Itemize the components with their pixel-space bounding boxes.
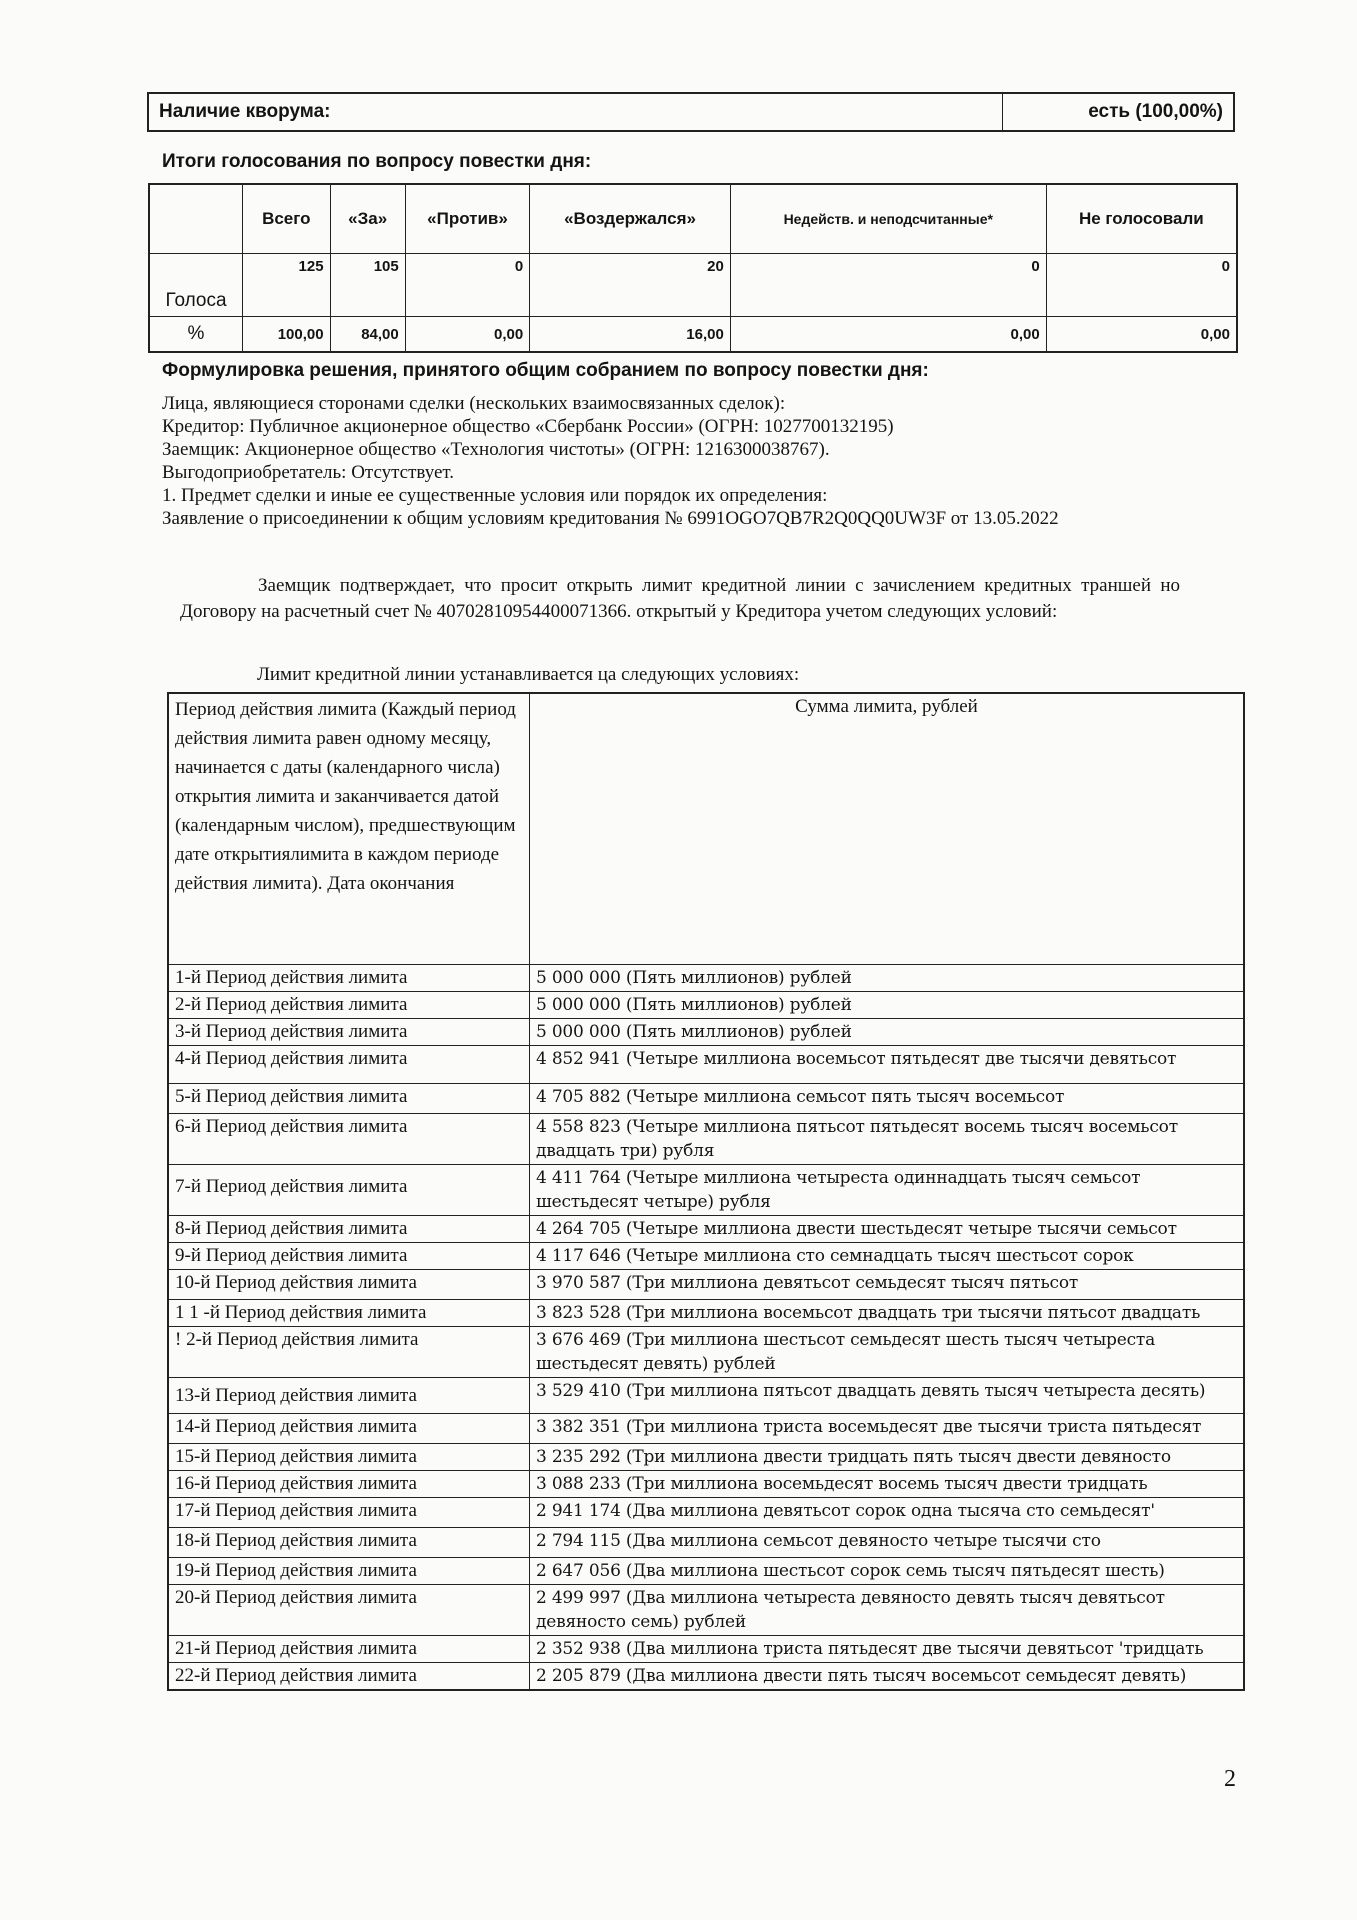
limit-row: 13-й Период действия лимита3 529 410 (Тр… xyxy=(168,1378,1244,1414)
decision-paragraph: Заемщик подтверждает, что просит открыть… xyxy=(180,573,1180,625)
voting-header-row: Всего «За» «Против» «Воздержался» Недейс… xyxy=(149,184,1237,254)
cell-abstain: 20 xyxy=(530,254,731,317)
cell-total: 100,00 xyxy=(243,317,331,353)
limit-period: 1-й Период действия лимита xyxy=(168,965,530,992)
limit-period: 18-й Период действия лимита xyxy=(168,1528,530,1558)
row-label: % xyxy=(149,317,243,353)
decision-body: Лица, являющиеся сторонами сделки (неско… xyxy=(162,392,1232,530)
decision-line-creditor: Кредитор: Публичное акционерное общество… xyxy=(162,415,1232,438)
limit-amount: 3 823 528 (Три миллиона восемьсот двадца… xyxy=(530,1300,1245,1327)
cell-invalid: 0,00 xyxy=(730,317,1046,353)
limit-amount: 4 264 705 (Четыре миллиона двести шестьд… xyxy=(530,1216,1245,1243)
limits-header-amount: Сумма лимита, рублей xyxy=(530,693,1245,965)
limit-period: ! 2-й Период действия лимита xyxy=(168,1327,530,1378)
decision-line-subject: 1. Предмет сделки и иные ее существенные… xyxy=(162,484,1232,507)
limit-row: 16-й Период действия лимита3 088 233 (Тр… xyxy=(168,1471,1244,1498)
decision-line-borrower: Заемщик: Акционерное общество «Технологи… xyxy=(162,438,1232,461)
limit-row: 4-й Период действия лимита4 852 941 (Чет… xyxy=(168,1046,1244,1084)
voting-col-for: «За» xyxy=(330,184,405,254)
limit-amount: 5 000 000 (Пять миллионов) рублей xyxy=(530,1019,1245,1046)
limit-period: 2-й Период действия лимита xyxy=(168,992,530,1019)
limit-amount: 3 676 469 (Три миллиона шестьсот семьдес… xyxy=(530,1327,1245,1378)
page-number: 2 xyxy=(1224,1766,1236,1793)
credit-limit-table: Период действия лимита (Каждый период де… xyxy=(167,692,1245,1691)
limit-row: 8-й Период действия лимита4 264 705 (Чет… xyxy=(168,1216,1244,1243)
limit-period: 5-й Период действия лимита xyxy=(168,1084,530,1114)
limit-amount: 3 529 410 (Три миллиона пятьсот двадцать… xyxy=(530,1378,1245,1414)
limit-row: 18-й Период действия лимита2 794 115 (Дв… xyxy=(168,1528,1244,1558)
decision-line-beneficiary: Выгодоприобретатель: Отсутствует. xyxy=(162,461,1232,484)
limit-row: 3-й Период действия лимита5 000 000 (Пят… xyxy=(168,1019,1244,1046)
voting-col-not-voted: Не голосовали xyxy=(1046,184,1237,254)
limit-intro: Лимит кредитной линии устанавливается ца… xyxy=(257,663,799,686)
limit-period: 1 1 -й Период действия лимита xyxy=(168,1300,530,1327)
limit-period: 9-й Период действия лимита xyxy=(168,1243,530,1270)
cell-not-voted: 0,00 xyxy=(1046,317,1237,353)
limit-period: 3-й Период действия лимита xyxy=(168,1019,530,1046)
decision-title: Формулировка решения, принятого общим со… xyxy=(162,360,929,382)
limit-period: 15-й Период действия лимита xyxy=(168,1444,530,1471)
limits-header-row: Период действия лимита (Каждый период де… xyxy=(168,693,1244,965)
voting-row-percent: % 100,00 84,00 0,00 16,00 0,00 0,00 xyxy=(149,317,1237,353)
limit-period: 10-й Период действия лимита xyxy=(168,1270,530,1300)
cell-for: 105 xyxy=(330,254,405,317)
limit-row: 22-й Период действия лимита2 205 879 (Дв… xyxy=(168,1663,1244,1691)
limit-amount: 2 205 879 (Два миллиона двести пять тыся… xyxy=(530,1663,1245,1691)
limit-period: 14-й Период действия лимита xyxy=(168,1414,530,1444)
limit-row: 20-й Период действия лимита2 499 997 (Дв… xyxy=(168,1585,1244,1636)
limit-amount: 4 705 882 (Четыре миллиона семьсот пять … xyxy=(530,1084,1245,1114)
limit-amount: 2 941 174 (Два миллиона девятьсот сорок … xyxy=(530,1498,1245,1528)
decision-statement: Заявление о присоединении к общим услови… xyxy=(162,507,1232,530)
limit-period: 8-й Период действия лимита xyxy=(168,1216,530,1243)
limit-amount: 2 352 938 (Два миллиона триста пятьдесят… xyxy=(530,1636,1245,1663)
document-page: Наличие кворума: есть (100,00%) Итоги го… xyxy=(0,0,1357,1920)
voting-col-total: Всего xyxy=(243,184,331,254)
limit-row: 14-й Период действия лимита3 382 351 (Тр… xyxy=(168,1414,1244,1444)
limit-row: 5-й Период действия лимита 4 705 882 (Че… xyxy=(168,1084,1244,1114)
limit-period: 22-й Период действия лимита xyxy=(168,1663,530,1691)
limit-amount: 5 000 000 (Пять миллионов) рублей xyxy=(530,992,1245,1019)
voting-title: Итоги голосования по вопросу повестки дн… xyxy=(162,151,591,173)
limit-row: 21-й Период действия лимита2 352 938 (Дв… xyxy=(168,1636,1244,1663)
limit-amount: 4 852 941 (Четыре миллиона восемьсот пят… xyxy=(530,1046,1245,1084)
limit-amount: 4 411 764 (Четыре миллиона четыреста оди… xyxy=(530,1165,1245,1216)
voting-col-abstain: «Воздержался» xyxy=(530,184,731,254)
limits-header-period: Период действия лимита (Каждый период де… xyxy=(168,693,530,965)
cell-abstain: 16,00 xyxy=(530,317,731,353)
voting-col-invalid: Недейств. и неподсчитанные* xyxy=(730,184,1046,254)
limit-period: 17-й Период действия лимита xyxy=(168,1498,530,1528)
decision-line-parties: Лица, являющиеся сторонами сделки (неско… xyxy=(162,392,1232,415)
limit-amount: 3 970 587 (Три миллиона девятьсот семьде… xyxy=(530,1270,1245,1300)
limit-amount: 3 382 351 (Три миллиона триста восемьдес… xyxy=(530,1414,1245,1444)
limit-amount: 3 088 233 (Три миллиона восемьдесят восе… xyxy=(530,1471,1245,1498)
limit-row: 15-й Период действия лимита3 235 292 (Тр… xyxy=(168,1444,1244,1471)
limit-amount: 4 558 823 (Четыре миллиона пятьсот пятьд… xyxy=(530,1114,1245,1165)
voting-row-votes: Голоса 125 105 0 20 0 0 xyxy=(149,254,1237,317)
limit-amount: 2 499 997 (Два миллиона четыреста девяно… xyxy=(530,1585,1245,1636)
voting-col-against: «Против» xyxy=(405,184,529,254)
cell-not-voted: 0 xyxy=(1046,254,1237,317)
limit-row: 9-й Период действия лимита4 117 646 (Чет… xyxy=(168,1243,1244,1270)
limit-period: 7-й Период действия лимита xyxy=(168,1165,530,1216)
limit-row: 1-й Период действия лимита5 000 000 (Пят… xyxy=(168,965,1244,992)
limit-period: 20-й Период действия лимита xyxy=(168,1585,530,1636)
limit-row: 7-й Период действия лимита 4 411 764 (Че… xyxy=(168,1165,1244,1216)
voting-col-empty xyxy=(149,184,243,254)
limit-amount: 2 794 115 (Два миллиона семьсот девяност… xyxy=(530,1528,1245,1558)
row-label: Голоса xyxy=(149,254,243,317)
limit-period: 13-й Период действия лимита xyxy=(168,1378,530,1414)
cell-against: 0 xyxy=(405,254,529,317)
limit-row: 17-й Период действия лимита2 941 174 (Дв… xyxy=(168,1498,1244,1528)
limit-period: 19-й Период действия лимита xyxy=(168,1558,530,1585)
limit-row: ! 2-й Период действия лимита3 676 469 (Т… xyxy=(168,1327,1244,1378)
limit-amount: 5 000 000 (Пять миллионов) рублей xyxy=(530,965,1245,992)
limit-period: 6-й Период действия лимита xyxy=(168,1114,530,1165)
limit-row: 19-й Период действия лимита2 647 056 (Дв… xyxy=(168,1558,1244,1585)
quorum-label: Наличие кворума: xyxy=(148,93,1003,131)
cell-invalid: 0 xyxy=(730,254,1046,317)
limit-row: 1 1 -й Период действия лимита3 823 528 (… xyxy=(168,1300,1244,1327)
quorum-table: Наличие кворума: есть (100,00%) xyxy=(147,92,1235,132)
limit-period: 21-й Период действия лимита xyxy=(168,1636,530,1663)
cell-against: 0,00 xyxy=(405,317,529,353)
limit-row: 2-й Период действия лимита5 000 000 (Пят… xyxy=(168,992,1244,1019)
limit-amount: 3 235 292 (Три миллиона двести тридцать … xyxy=(530,1444,1245,1471)
limit-row: 6-й Период действия лимита4 558 823 (Чет… xyxy=(168,1114,1244,1165)
limit-amount: 4 117 646 (Четыре миллиона сто семнадцат… xyxy=(530,1243,1245,1270)
limit-period: 4-й Период действия лимита xyxy=(168,1046,530,1084)
cell-total: 125 xyxy=(243,254,331,317)
limit-period: 16-й Период действия лимита xyxy=(168,1471,530,1498)
quorum-value: есть (100,00%) xyxy=(1003,93,1235,131)
cell-for: 84,00 xyxy=(330,317,405,353)
limit-amount: 2 647 056 (Два миллиона шестьсот сорок с… xyxy=(530,1558,1245,1585)
limit-row: 10-й Период действия лимита3 970 587 (Тр… xyxy=(168,1270,1244,1300)
voting-results-table: Всего «За» «Против» «Воздержался» Недейс… xyxy=(148,183,1238,353)
